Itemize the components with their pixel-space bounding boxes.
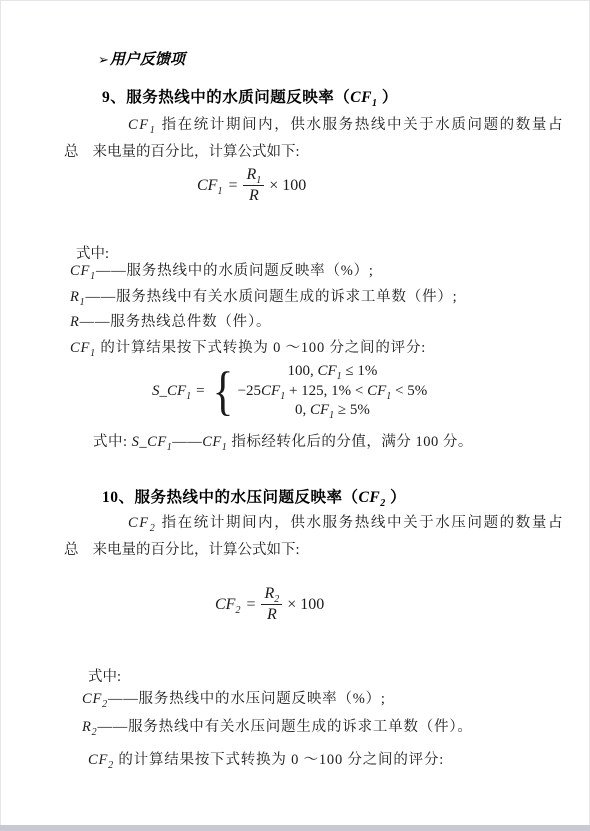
paragraph-text: 来电量的百分比，计算公式如下: xyxy=(93,144,300,160)
paragraph-text: 指在统计期间内，供水服务热线中关于水压问题的数量占 xyxy=(156,515,564,531)
paragraph-text: 指在统计期间内，供水服务热线中关于水质问题的数量占 xyxy=(156,117,564,133)
where-label: 式中: xyxy=(93,434,132,450)
definition-cf2: CF2——服务热线中的水压问题反映率（%）; xyxy=(82,685,473,713)
fraction: R2 R xyxy=(261,585,282,624)
multiplier: × 100 xyxy=(269,177,306,195)
definition-text: ——服务热线中的水压问题反映率（%）; xyxy=(108,691,386,707)
where-label: 式中: xyxy=(88,665,121,686)
variable-cf: CF xyxy=(128,117,150,133)
formula-lhs: CF2 xyxy=(215,596,240,614)
definition-text: ——服务热线中的水质问题反映率（%）; xyxy=(96,263,374,279)
piecewise-note: 式中: S_CF1——CF1 指标经转化后的分值，满分 100 分。 xyxy=(93,430,473,451)
fraction-denominator: R xyxy=(249,186,259,205)
hanging-char: 总 xyxy=(64,542,79,558)
variable-cf: CF xyxy=(350,89,372,106)
section-9-paragraph-line-2: 总来电量的百分比，计算公式如下: xyxy=(64,140,300,161)
section-9-definitions: CF1——服务热线中的水质问题反映率（%）; R1——服务热线中有关水质问题生成… xyxy=(70,259,458,361)
heading-text: 10、服务热线中的水压问题反映率（ xyxy=(102,489,359,506)
equals-sign: = xyxy=(246,596,255,614)
heading-text: ） xyxy=(386,489,406,506)
heading-text: 9、服务热线中的水质问题反映率（ xyxy=(102,89,350,106)
piecewise-cases: 100, CF1 ≤ 1% −25CF1 + 125, 1% < CF1 < 5… xyxy=(238,362,428,421)
definition-text: ——服务热线总件数（件）。 xyxy=(80,314,272,330)
variable-r: R xyxy=(70,289,80,305)
conversion-text: 的计算结果按下式转换为 0 ～100 分之间的评分: xyxy=(114,752,444,768)
variable-cf: CF xyxy=(70,263,90,279)
fraction: R1 R xyxy=(243,166,264,205)
definition-r2: R2——服务热线中有关水压问题生成的诉求工单数（件）。 xyxy=(82,713,473,741)
equals-sign: = xyxy=(196,383,204,400)
fraction-numerator: R2 xyxy=(261,585,282,605)
variable-cf: CF xyxy=(128,515,150,531)
variable-scf: S_CF xyxy=(132,434,167,450)
variable-cf: CF xyxy=(202,434,222,450)
section-9-paragraph-line-1: CF1 指在统计期间内，供水服务热线中关于水质问题的数量占 xyxy=(71,113,564,134)
document-page: ➢用户反馈项 9、服务热线中的水质问题反映率（CF1 ） CF1 指在统计期间内… xyxy=(0,0,590,825)
definition-text: ——服务热线中有关水压问题生成的诉求工单数（件）。 xyxy=(97,719,472,735)
definition-cf1: CF1——服务热线中的水质问题反映率（%）; xyxy=(70,259,458,285)
arrowhead-bullet-icon: ➢ xyxy=(98,53,109,68)
heading-text: ） xyxy=(377,89,397,106)
hanging-char: 总 xyxy=(64,144,79,160)
bullet-heading-label: 用户反馈项 xyxy=(110,52,185,68)
multiplier: × 100 xyxy=(287,596,324,614)
definition-r1: R1——服务热线中有关水质问题生成的诉求工单数（件）; xyxy=(70,285,458,311)
definition-r: R——服务热线总件数（件）。 xyxy=(70,310,458,336)
case-2: −25CF1 + 125, 1% < CF1 < 5% xyxy=(238,382,428,402)
section-10-definitions: CF2——服务热线中的水压问题反映率（%）; R2——服务热线中有关水压问题生成… xyxy=(82,685,473,741)
conversion-intro-cf1: CF1 的计算结果按下式转换为 0 ～100 分之间的评分: xyxy=(70,336,458,362)
section-10-heading: 10、服务热线中的水压问题反映率（CF2 ） xyxy=(102,485,406,507)
conversion-text: 的计算结果按下式转换为 0 ～100 分之间的评分: xyxy=(96,340,426,356)
section-10-paragraph-line-1: CF2 指在统计期间内，供水服务热线中关于水压问题的数量占 xyxy=(71,511,564,532)
definition-text: ——服务热线中有关水质问题生成的诉求工单数（件）; xyxy=(85,289,457,305)
formula-cf1: CF1 = R1 R × 100 xyxy=(197,166,306,205)
variable-r: R xyxy=(82,719,92,735)
variable-cf: CF xyxy=(88,752,108,768)
variable-cf: CF xyxy=(82,691,102,707)
bullet-heading: ➢用户反馈项 xyxy=(98,48,185,69)
formula-lhs: CF1 xyxy=(197,177,222,195)
conversion-intro-cf2: CF2 的计算结果按下式转换为 0 ～100 分之间的评分: xyxy=(88,748,444,769)
variable-r: R xyxy=(70,314,80,330)
case-1: 100, CF1 ≤ 1% xyxy=(287,362,377,382)
formula-lhs: S_CF1 xyxy=(152,383,191,400)
paragraph-text: 来电量的百分比，计算公式如下: xyxy=(93,542,300,558)
section-10-paragraph-line-2: 总来电量的百分比，计算公式如下: xyxy=(64,538,300,559)
section-9-heading: 9、服务热线中的水质问题反映率（CF1 ） xyxy=(102,85,398,107)
note-text: 指标经转化后的分值，满分 100 分。 xyxy=(227,434,473,450)
equals-sign: = xyxy=(228,177,237,195)
fraction-denominator: R xyxy=(267,605,277,624)
formula-cf2: CF2 = R2 R × 100 xyxy=(215,585,324,624)
left-brace: { xyxy=(212,368,233,414)
variable-cf: CF xyxy=(70,340,90,356)
fraction-numerator: R1 xyxy=(243,166,264,186)
piecewise-formula-scf1: S_CF1 = { 100, CF1 ≤ 1% −25CF1 + 125, 1%… xyxy=(152,362,427,421)
variable-cf: CF xyxy=(359,489,381,506)
dash: —— xyxy=(172,434,202,450)
case-3: 0, CF1 ≥ 5% xyxy=(295,401,370,421)
